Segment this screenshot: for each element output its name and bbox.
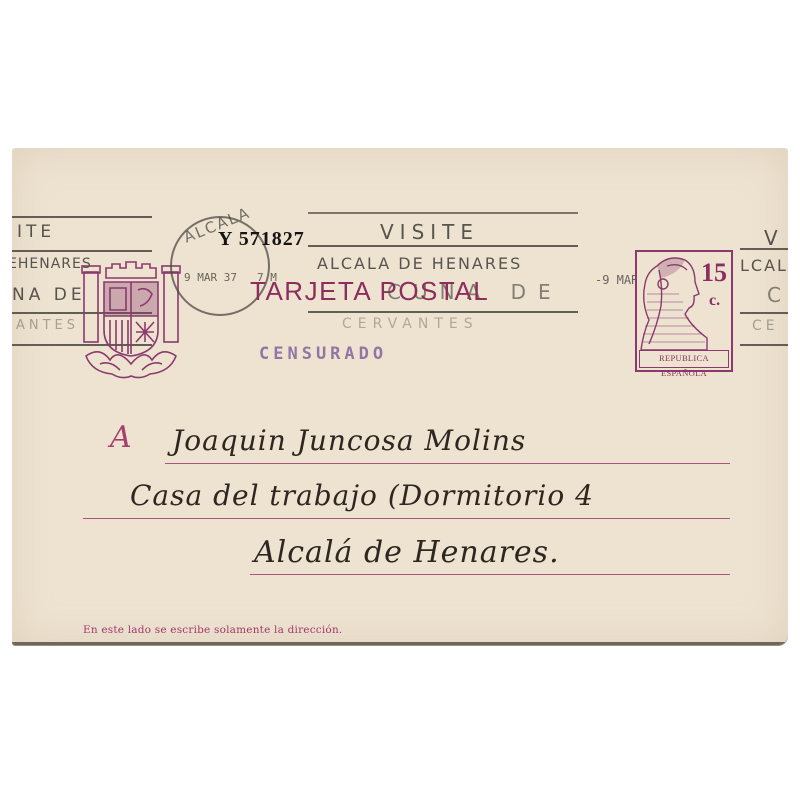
postmark-date: 9 MAR 37 bbox=[184, 271, 237, 284]
slogan-line-1: VISITE bbox=[380, 220, 479, 244]
address-line-3 bbox=[250, 574, 730, 575]
cancel-bar bbox=[12, 250, 152, 252]
slogan-right-3: C bbox=[767, 283, 785, 307]
imprinted-stamp: 15 c. REPUBLICA ESPAÑOLA bbox=[635, 250, 733, 372]
cancel-bar bbox=[740, 248, 788, 250]
cancel-bar bbox=[12, 216, 152, 218]
slogan-right-1: V bbox=[764, 226, 782, 250]
slogan-left-4: ANTES bbox=[16, 318, 79, 333]
card-title: TARJETA POSTAL bbox=[250, 276, 489, 307]
recipient-city: Alcalá de Henares. bbox=[254, 535, 560, 570]
stamp-unit: c. bbox=[709, 292, 720, 310]
stamp-value: 15 bbox=[701, 258, 727, 288]
cancel-bar bbox=[740, 312, 788, 314]
stamp-inscription: REPUBLICA ESPAÑOLA bbox=[639, 350, 729, 368]
censor-mark: CENSURADO bbox=[259, 344, 387, 364]
cancel-bar bbox=[308, 311, 578, 313]
cancel-bar bbox=[308, 245, 578, 247]
recipient-street: Casa del trabajo (Dormitorio 4 bbox=[130, 479, 594, 512]
recipient-name: Joaquin Juncosa Molins bbox=[172, 424, 526, 457]
slogan-left-3: NA DE bbox=[12, 285, 86, 305]
address-prefix: A bbox=[110, 420, 132, 455]
slogan-left-1: ITE bbox=[17, 222, 55, 242]
address-line-2 bbox=[83, 518, 730, 519]
cancel-bar bbox=[740, 344, 788, 346]
postcard: ITE EHENARES NA DE ANTES ALCALA 9 MAR 3 bbox=[12, 148, 788, 645]
serial-number: Y 571827 bbox=[218, 228, 305, 251]
coat-of-arms-icon bbox=[80, 260, 182, 382]
footer-note: En este lado se escribe solamente la dir… bbox=[83, 624, 342, 636]
slogan-right-2: LCAL bbox=[740, 256, 788, 275]
slogan-line-4: CERVANTES bbox=[342, 316, 479, 332]
slogan-right-4: CE bbox=[752, 318, 779, 334]
republic-bust-icon bbox=[639, 254, 709, 352]
cancel-bar bbox=[308, 212, 578, 214]
address-line-1 bbox=[165, 463, 730, 464]
slogan-line-2: ALCALA DE HENARES bbox=[317, 254, 522, 273]
